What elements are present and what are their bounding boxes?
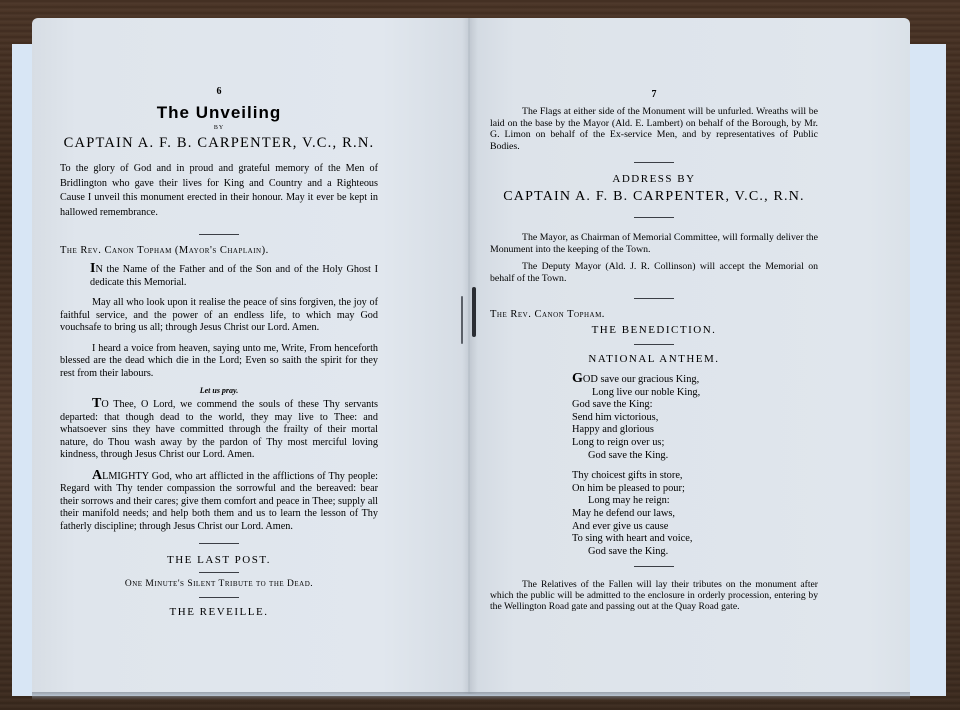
by-label: BY: [60, 125, 378, 131]
verse-line: And ever give us cause: [572, 521, 818, 534]
divider: [634, 344, 674, 345]
verse-line: Long live our noble King,: [572, 387, 818, 400]
divider: [634, 298, 674, 299]
verse-line: God save the King.: [572, 546, 818, 559]
commendation-prayer: TO Thee, O Lord, we commend the souls of…: [60, 398, 378, 462]
divider: [199, 543, 239, 544]
deputy-mayor-paragraph: The Deputy Mayor (Ald. J. R. Collinson) …: [490, 261, 818, 284]
verse-line: To sing with heart and voice,: [572, 533, 818, 546]
anthem-verse-1: GOD save our gracious King, Long live ou…: [572, 373, 818, 462]
verse-line: Long to reign over us;: [572, 437, 818, 450]
mayor-paragraph: The Mayor, as Chairman of Memorial Commi…: [490, 232, 818, 255]
divider: [634, 217, 674, 218]
verse-line: Long may he reign:: [572, 495, 818, 508]
verse-line: Thy choicest gifts in store,: [572, 470, 818, 483]
divider: [199, 572, 239, 573]
benediction-heading: THE BENEDICTION.: [490, 324, 818, 336]
verse-line: May he defend our laws,: [572, 508, 818, 521]
last-post-heading: THE LAST POST.: [60, 554, 378, 566]
let-us-pray-label: Let us pray.: [60, 386, 378, 395]
right-page-content: 7 The Flags at either side of the Monume…: [490, 75, 818, 612]
canon-line: The Rev. Canon Topham.: [490, 309, 818, 320]
flags-paragraph: The Flags at either side of the Monument…: [490, 106, 818, 152]
page-title: The Unveiling: [60, 103, 378, 123]
silence-line: One Minute's Silent Tribute to the Dead.: [60, 579, 378, 589]
divider: [199, 597, 239, 598]
divider: [634, 566, 674, 567]
reveille-heading: THE REVEILLE.: [60, 606, 378, 618]
officiant-name: CAPTAIN A. F. B. CARPENTER, V.C., R.N.: [60, 135, 378, 152]
dedication-paragraph: To the glory of God and in proud and gra…: [60, 162, 378, 220]
relatives-paragraph: The Relatives of the Fallen will lay the…: [490, 579, 818, 612]
anthem-heading: NATIONAL ANTHEM.: [490, 353, 818, 365]
chaplain-line: The Rev. Canon Topham (Mayor's Chaplain)…: [60, 245, 378, 256]
staple-icon: [472, 287, 476, 337]
verse-line: GOD save our gracious King,: [572, 373, 818, 387]
page-number: 7: [490, 89, 818, 100]
prayer-paragraph: May all who look upon it realise the pea…: [60, 297, 378, 335]
page-number: 6: [60, 86, 378, 97]
verse-line: Send him victorious,: [572, 412, 818, 425]
booklet-gutter: [462, 18, 478, 694]
left-page-content: 6 The Unveiling BY CAPTAIN A. F. B. CARP…: [60, 68, 378, 618]
divider: [199, 234, 239, 235]
verse-line: On him be pleased to pour;: [572, 483, 818, 496]
invocation-paragraph: IN the Name of the Father and of the Son…: [60, 262, 378, 289]
address-by-heading: ADDRESS BY: [490, 173, 818, 185]
almighty-prayer: ALMIGHTY God, who art afflicted in the a…: [60, 470, 378, 534]
verse-line: God save the King:: [572, 399, 818, 412]
scripture-paragraph: I heard a voice from heaven, saying unto…: [60, 343, 378, 381]
verse-line: God save the King.: [572, 450, 818, 463]
divider: [634, 162, 674, 163]
anthem-verse-2: Thy choicest gifts in store, On him be p…: [572, 470, 818, 558]
officiant-name: CAPTAIN A. F. B. CARPENTER, V.C., R.N.: [490, 189, 818, 205]
verse-line: Happy and glorious: [572, 424, 818, 437]
